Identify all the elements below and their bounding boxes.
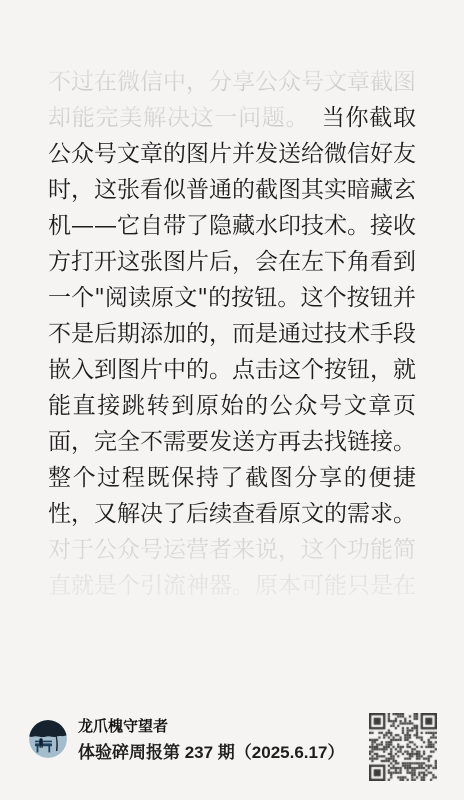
footer-meta: 龙爪槐守望者 体验碎周报第 237 期（2025.6.17） — [78, 717, 348, 763]
article-text: 不过在微信中，分享公众号文章截图却能完美解决这一问题。 当你截取公众号文章的图片… — [48, 64, 416, 604]
qr-code-canvas — [369, 713, 437, 781]
issue-title: 体验碎周报第 237 期（2025.6.17） — [78, 743, 348, 763]
screenshot-card: 不过在微信中，分享公众号文章截图却能完美解决这一问题。 当你截取公众号文章的图片… — [0, 0, 464, 800]
paragraph-1: 不过在微信中，分享公众号文章截图却能完美解决这一问题。 当你截取公众号文章的图片… — [48, 64, 416, 532]
night-park-bench-avatar-graphic — [29, 720, 67, 758]
paragraph-1-highlighted-text: 当你截取公众号文章的图片并发送给微信好友时，这张看似普通的截图其实暗藏玄机——它… — [48, 105, 416, 527]
qr-code-icon — [369, 713, 437, 781]
avatar — [29, 720, 67, 758]
author-name: 龙爪槐守望者 — [78, 717, 348, 737]
footer: 龙爪槐守望者 体验碎周报第 237 期（2025.6.17） — [0, 713, 464, 785]
paragraph-2-dimmed-text: 对于公众号运营者来说，这个功能简直就是个引流神器。原本可能只是在 — [48, 532, 416, 604]
